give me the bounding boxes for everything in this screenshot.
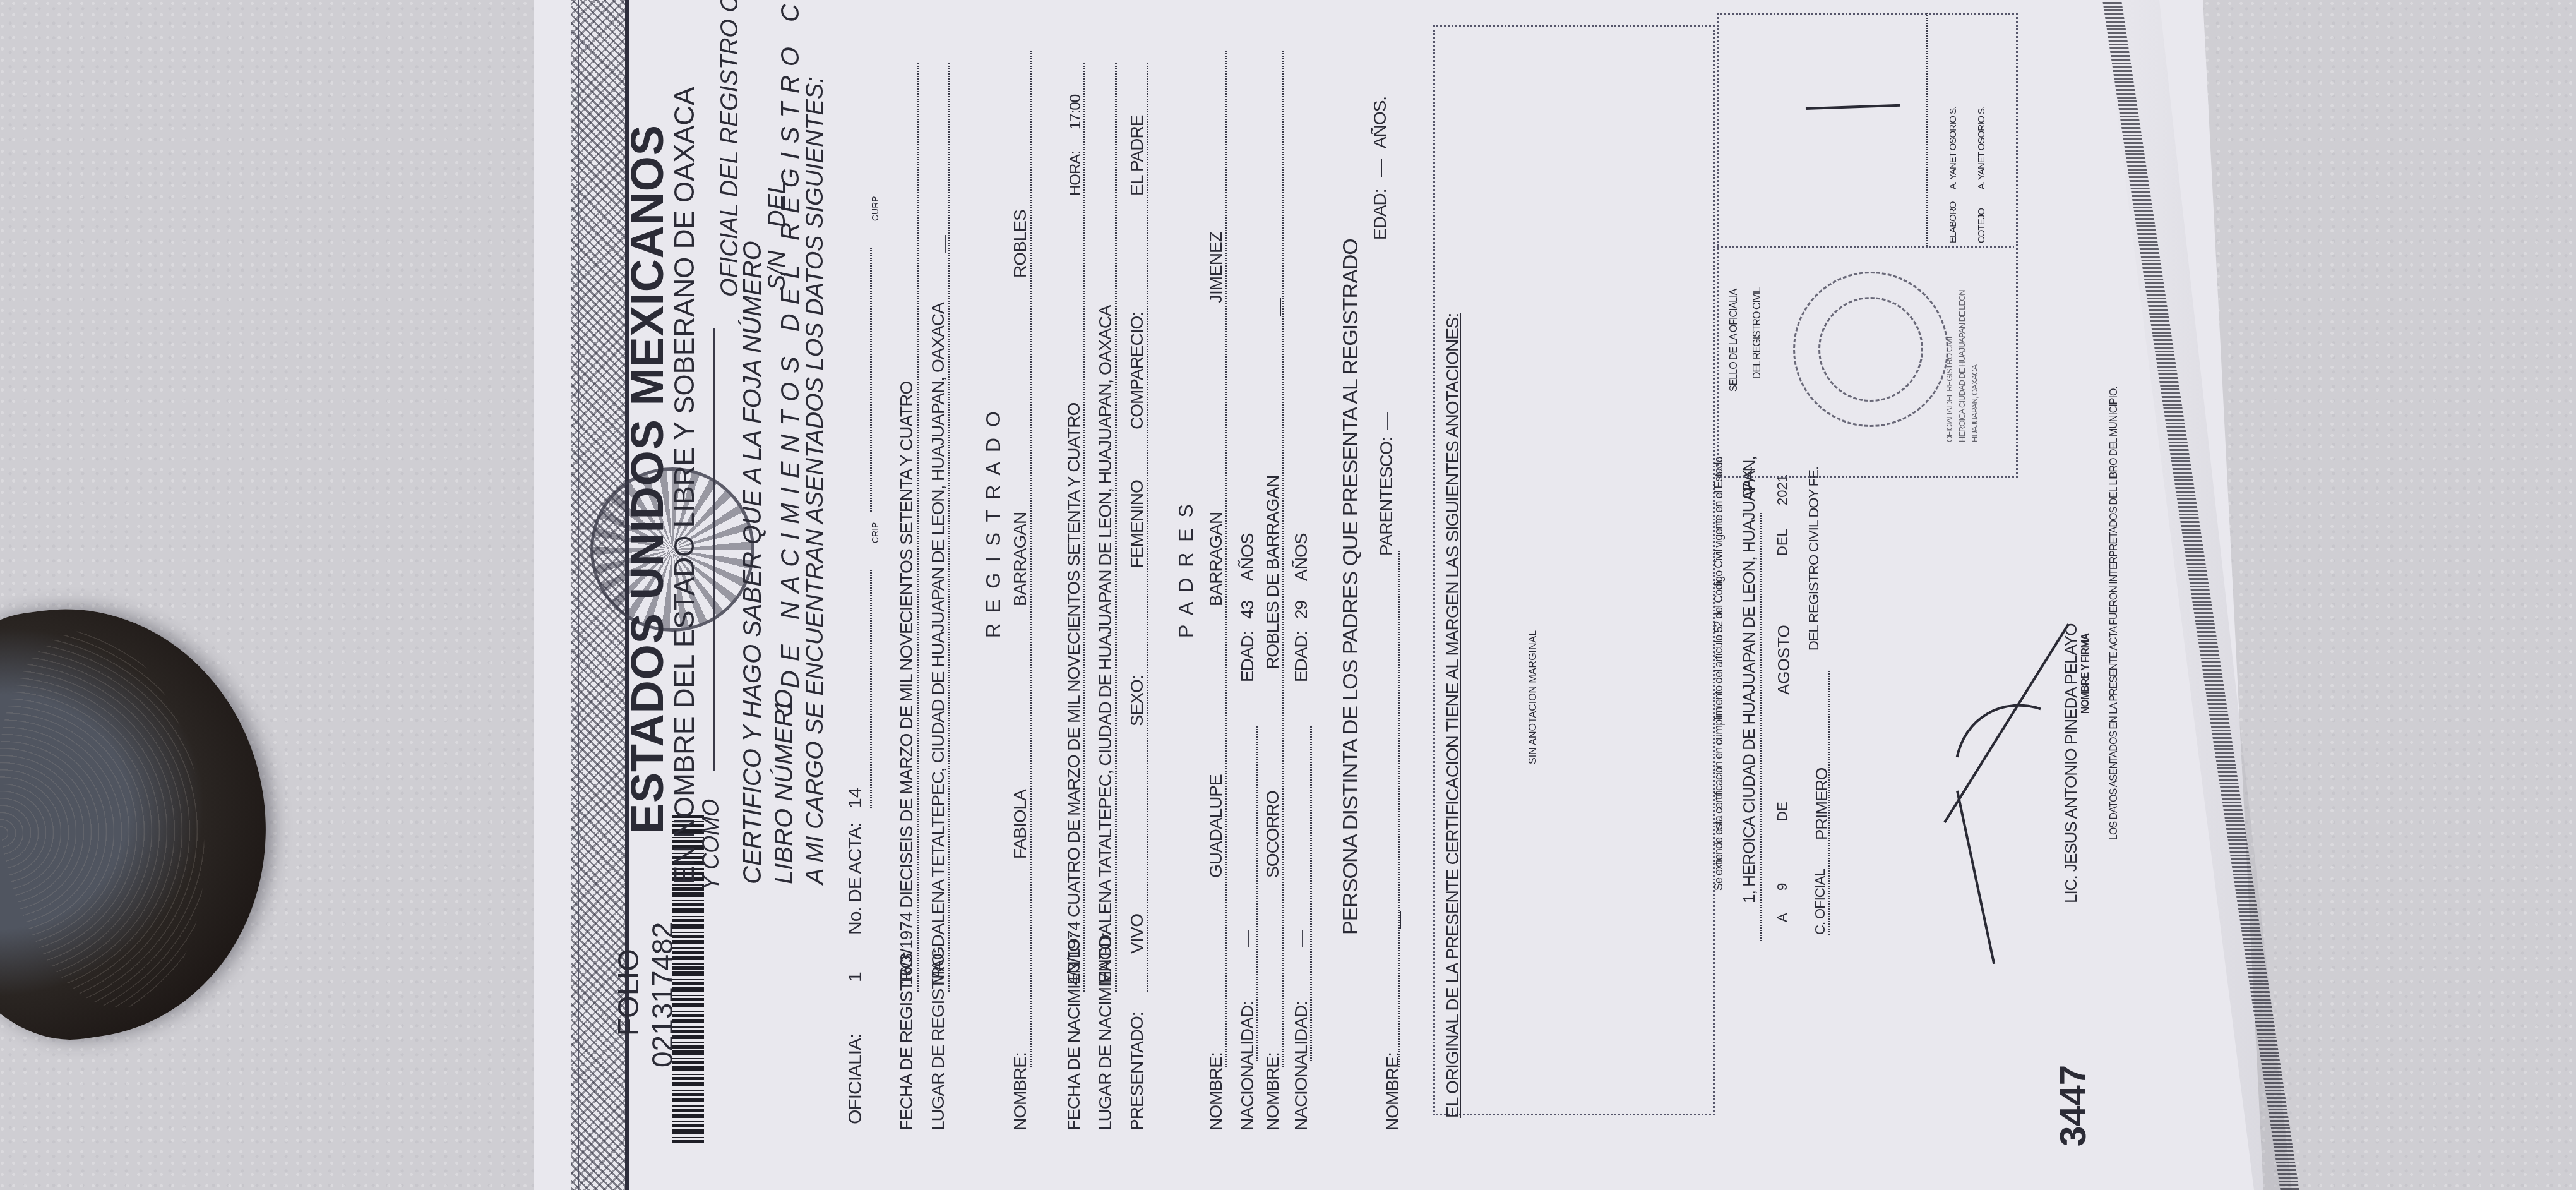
madre-edad: 29 — [1291, 601, 1311, 619]
firmante-name: LIC. JESUS ANTONIO PINEDA PELAYO — [2061, 624, 2081, 903]
padre-nombre-label: NOMBRE: — [1206, 1052, 1226, 1131]
de-nacimientos-text: DE NACIMIENTOS DEL REGISTRO CIVIL — [777, 0, 805, 688]
persona-distinta-title: PERSONA DISTINTA DE LOS PADRES QUE PRESE… — [1339, 239, 1363, 935]
parentesco-value: — — [1376, 412, 1397, 430]
header-line2: Y COMO — [698, 799, 724, 891]
a-mi-cargo-text: A MI CARGO SE ENCUENTRAN ASENTADOS LOS D… — [802, 76, 829, 884]
oficialia-label: OFICIALIA: — [845, 1034, 866, 1124]
madre-apellidos: ROBLES DE BARRAGAN — [1263, 476, 1283, 670]
numero-control: 3447 — [2052, 1065, 2094, 1146]
madre-nacionalidad: — — [1291, 930, 1311, 947]
sexo-value: FEMENINO — [1127, 480, 1147, 568]
anio-value: 2021 — [1774, 474, 1791, 505]
madre-nombre-label: NOMBRE: — [1263, 1052, 1283, 1131]
doy-fe-text: DEL REGISTRO CIVIL DOY FE. — [1806, 467, 1822, 651]
mes-value: AGOSTO — [1774, 625, 1794, 695]
anotaciones-box — [1433, 25, 1715, 1115]
cotejo-label: COTEJO — [1976, 208, 1987, 243]
madre-anos: AÑOS — [1291, 534, 1311, 581]
persona-edad-label: EDAD: — [1370, 189, 1390, 240]
lugar-line — [1760, 512, 1762, 941]
certificacion-lugar: 1, HEROICA CIUDAD DE HUAJUAPAN DE LEON, … — [1739, 456, 1759, 903]
seal-text-3: HUAJUAPAN, OAXACA — [1970, 365, 1979, 442]
lugar-nacimiento-line — [1115, 63, 1117, 992]
no-acta-label: No. DE ACTA: — [845, 823, 866, 935]
acta-dotted-line — [870, 568, 872, 808]
madre-nacionalidad-label: NACIONALIDAD: — [1291, 1001, 1311, 1131]
padre-apellido-paterno: BARRAGAN — [1206, 512, 1226, 606]
header-line1: EN NOMBRE DEL ESTADO LIBRE Y SOBERANO DE… — [669, 87, 701, 885]
no-acta-value: 14 — [845, 788, 866, 808]
anotaciones-value: SIN ANOTACION MARGINAL — [1528, 630, 1539, 764]
elaboro-label: ELABORO — [1948, 201, 1959, 243]
sello-title-1: SELLO DE LA OFICIALIA — [1729, 289, 1740, 392]
apellido-materno: ROBLES — [1010, 210, 1030, 278]
hora-label: HORA: — [1067, 151, 1085, 196]
padre-apellido-materno: JIMENEZ — [1206, 232, 1226, 303]
lugar-registro-value: MAGDALENA TETALTEPEC, CIUDAD DE HUAJUAPA… — [928, 303, 948, 985]
parentesco-label: PARENTESCO: — [1376, 437, 1397, 556]
presentado-label: PRESENTADO: — [1127, 1012, 1147, 1131]
comparecio-label: COMPARECIO: — [1127, 312, 1147, 430]
madre-apellido-extra: — — [1269, 298, 1289, 316]
persona-edad: — — [1370, 159, 1390, 177]
padre-edad: 43 — [1237, 601, 1258, 619]
a-label: A — [1774, 913, 1791, 922]
lugar-registro-extra: — — [934, 235, 955, 253]
elaboro-divider — [1926, 13, 1928, 246]
sexo-label: SEXO: — [1127, 675, 1147, 726]
lugar-registro-line — [948, 63, 950, 992]
madre-nacionalidad-line — [1310, 726, 1312, 1061]
nombre-y-firma-label: NOMBRE Y FIRMA — [2080, 634, 2092, 714]
madre-edad-label: EDAD: — [1291, 631, 1311, 682]
lugar-nacimiento-value: MAGDALENA TATALTEPEC, CIUDAD DE HUAJUAPA… — [1095, 305, 1116, 985]
curp-label: CURP — [870, 196, 880, 221]
crip-label: CRIP — [870, 522, 880, 543]
elaboro-value: A. YANET OSORIO S. — [1948, 107, 1959, 189]
official-seal-inner — [1818, 297, 1923, 402]
oficial-line — [713, 328, 715, 771]
padre-edad-label: EDAD: — [1237, 631, 1258, 682]
crip-dotted-line — [870, 246, 872, 512]
fecha-nacimiento-value: 4/3/1974 CUATRO DE MARZO DE MIL NOVECIEN… — [1064, 403, 1084, 985]
padre-nombre: GUADALUPE — [1206, 774, 1226, 878]
anotaciones-title: EL ORIGINAL DE LA PRESENTE CERTIFICACION… — [1443, 313, 1463, 1118]
libro-numero-label: LIBRO NÚMERO — [770, 689, 799, 884]
del-label: DEL — [1774, 529, 1791, 556]
c-oficial-label: C. OFICIAL — [1812, 869, 1828, 935]
padre-nacionalidad-label: NACIONALIDAD: — [1237, 1001, 1258, 1131]
fecha-registro-value: 16/3/1974 DIECISEIS DE MARZO DE MIL NOVE… — [897, 382, 917, 985]
certifico-text: CERTIFICO Y HAGO SABER QUE A LA FOJA NÚM… — [739, 241, 767, 884]
signature-mark — [1924, 676, 2133, 895]
madre-nombre-line — [1282, 51, 1284, 1067]
madre-nombre: SOCORRO — [1263, 791, 1283, 878]
folio-label: FOLIO — [611, 949, 645, 1036]
persona-anos: AÑOS. — [1370, 97, 1390, 148]
sello-title-2: DEL REGISTRO CIVIL — [1752, 287, 1763, 379]
de-label: DE — [1774, 802, 1791, 821]
dia-value: 9 — [1774, 883, 1791, 891]
sello-horizontal-divider — [1717, 246, 2014, 248]
oficial-line — [1828, 670, 1830, 935]
padre-nombre-line — [1225, 51, 1227, 1067]
padre-nacionalidad: — — [1237, 930, 1258, 947]
presentado-line — [1147, 63, 1148, 992]
certificacion-intro: Se extiende esta certificación en cumpli… — [1712, 457, 1726, 891]
seal-text-2: HEROICA CIUDAD DE HUAJUAPAN DE LEON — [1957, 290, 1967, 442]
nombre-label: NOMBRE: — [1010, 1052, 1030, 1131]
padres-title: P A D R E S — [1174, 502, 1198, 638]
padre-nacionalidad-line — [1256, 726, 1258, 1061]
oficialia-value: 1 — [845, 971, 866, 982]
seal-text-1: OFICIALIA DEL REGISTRO CIVIL — [1945, 335, 1954, 442]
birth-certificate: FOLIO 021317482 ESTADOS UNIDOS MEXICANOS… — [0, 0, 2576, 1190]
registrado-title: R E G I S T R A D O — [982, 409, 1005, 638]
fecha-registro-line — [917, 63, 919, 992]
nombre-value: FABIOLA — [1010, 790, 1030, 859]
country-title: ESTADOS UNIDOS MEXICANOS — [622, 124, 674, 834]
fecha-nacimiento-line — [1083, 63, 1085, 992]
cotejo-value: A. YANET OSORIO S. — [1976, 107, 1987, 189]
presentado-value: VIVO — [1127, 914, 1147, 954]
comparecio-value: EL PADRE — [1127, 116, 1147, 196]
padre-anos: AÑOS — [1237, 534, 1258, 581]
libro-numero: 1 — [770, 700, 799, 714]
hora-value: 17:00 — [1067, 95, 1085, 129]
apellido-paterno: BARRAGAN — [1010, 512, 1030, 606]
footer-disclaimer: LOS DATOS ASENTADOS EN LA PRESENTE ACTA … — [2109, 387, 2120, 840]
folio-number: 021317482 — [645, 922, 679, 1067]
nombre-line — [1030, 51, 1032, 1067]
persona-nombre-line — [1398, 550, 1400, 1067]
